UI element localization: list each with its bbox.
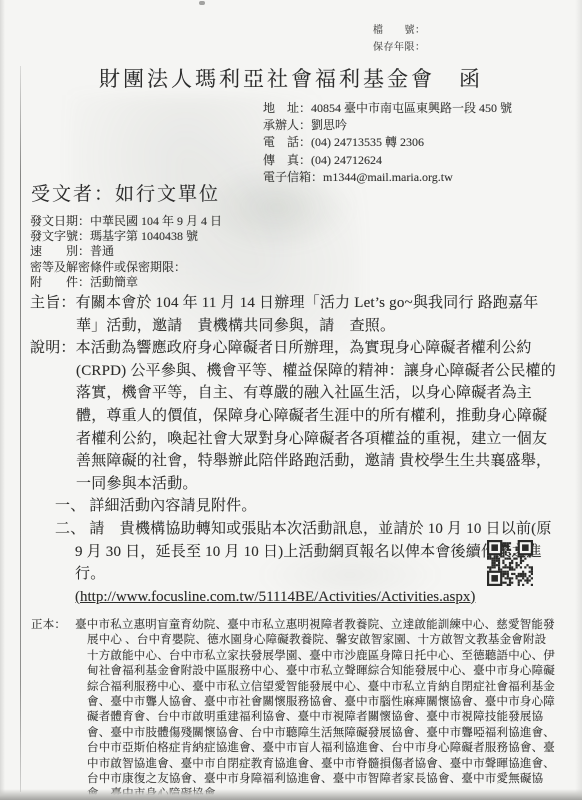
scanned-official-letter: 檔 號： 保存年限： 財團法人瑪利亞社會福利基金會函 地 址：40854 臺中市… (0, 0, 582, 800)
address-line: 地 址：40854 臺中市南屯區東興路一段 450 號 (263, 100, 512, 117)
scan-edge-right (575, 0, 582, 800)
contact-person-line: 承辦人：劉思吟 (263, 117, 512, 134)
recipients-block: 正本：臺中市私立惠明盲童育幼院、臺中市私立惠明視障者教養院、立達啟能訓練中心、慈… (31, 618, 556, 800)
fax-line: 傳 真：(04) 24712624 (263, 152, 512, 169)
contact-block: 地 址：40854 臺中市南屯區東興路一段 450 號 承辦人：劉思吟 電 話：… (263, 100, 512, 186)
document-body: 主旨：有關本會於 104 年 11 月 14 日辦理「活力 Let’s go~與… (30, 292, 556, 608)
retention-label: 保存年限： (373, 39, 426, 56)
recipients-label: 正本： (31, 619, 66, 631)
doc-number-line: 發文字號：瑪基字第 1040438 號 (30, 229, 222, 244)
scan-bottom-shadow (0, 789, 582, 800)
recipient-value: 如行文單位 (115, 184, 220, 205)
scan-fold-line (20, 66, 21, 792)
recipient-label: 受文者： (31, 184, 115, 205)
issue-date-line: 發文日期：中華民國 104 年 9 月 4 日 (30, 214, 222, 229)
list-item-1: 一、 詳細活動內容請見附件。 (30, 495, 556, 518)
scan-mark (199, 1, 205, 5)
security-line: 密等及解密條件或保密期限： (30, 260, 222, 275)
item-2-number: 二、 (55, 521, 85, 537)
item-1-number: 一、 (55, 498, 85, 514)
phone-line: 電 話：(04) 24713535 轉 2306 (263, 134, 512, 151)
email-line: 電子信箱：m1344@mail.maria.org.tw (263, 169, 512, 186)
subject-text: 有關本會於 104 年 11 月 14 日辦理「活力 Let’s go~與我同行… (76, 295, 539, 334)
description-text: 本活動為響應政府身心障礙者日所辦理，為實現身心障礙者權利公約(CRPD) 公平參… (76, 340, 556, 492)
subject-paragraph: 主旨：有關本會於 104 年 11 月 14 日辦理「活力 Let’s go~與… (30, 292, 556, 337)
document-title: 財團法人瑪利亞社會福利基金會函 (0, 63, 582, 93)
speed-line: 速 別：普通 (30, 244, 222, 259)
item-1-text: 詳細活動內容請見附件。 (89, 498, 256, 514)
description-paragraph: 說明：本活動為響應政府身心障礙者日所辦理，為實現身心障礙者權利公約(CRPD) … (30, 337, 556, 495)
registration-url: (http://www.focusline.com.tw/51114BE/Act… (75, 589, 475, 605)
item-2-text: 請 貴機構協助轉知或張貼本次活動訊息，並請於 10 月 10 日以前(原 9 月… (75, 521, 552, 582)
subject-label: 主旨： (30, 295, 76, 311)
qr-code (487, 538, 533, 588)
list-item-2: 二、 請 貴機構協助轉知或張貼本次活動訊息，並請於 10 月 10 日以前(原 … (30, 518, 556, 608)
scan-edge-left (0, 0, 5, 800)
document-meta: 發文日期：中華民國 104 年 9 月 4 日 發文字號：瑪基字第 104043… (30, 214, 222, 290)
attachment-line: 附 件：活動簡章 (30, 275, 222, 290)
organization-name: 財團法人瑪利亞社會福利基金會 (99, 67, 435, 91)
file-no-label: 檔 號： (373, 22, 426, 39)
document-type: 函 (459, 67, 483, 91)
recipients-text: 臺中市私立惠明盲童育幼院、臺中市私立惠明視障者教養院、立達啟能訓練中心、慈愛智能… (75, 619, 555, 800)
recipient-line: 受文者：如行文單位 (31, 179, 220, 206)
description-label: 說明： (30, 340, 76, 356)
file-number-block: 檔 號： 保存年限： (373, 22, 426, 56)
